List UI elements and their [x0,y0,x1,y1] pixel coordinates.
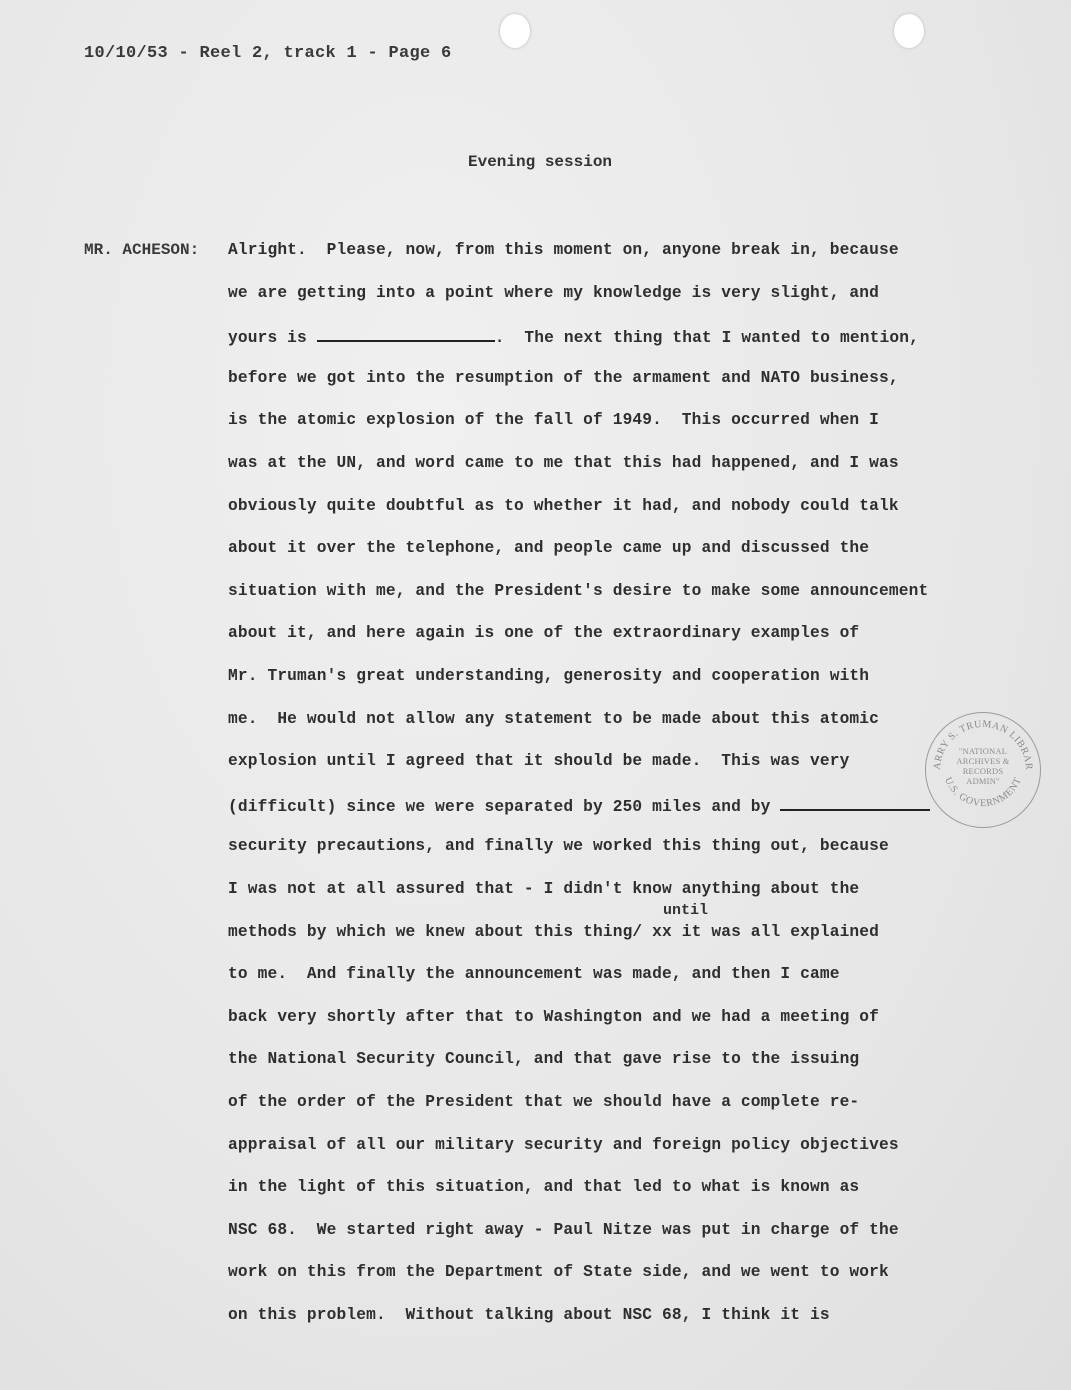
line-text: (difficult) since we were separated by 2… [228,798,780,816]
transcript-line: on this problem. Without talking about N… [228,1306,830,1324]
section-title: Evening session [468,153,612,171]
transcript-line: to me. And finally the announcement was … [228,965,840,983]
stamp-line: ARCHIVES & [926,756,1040,766]
transcript-line: explosion until I agreed that it should … [228,752,849,770]
transcript-line: was at the UN, and word came to me that … [228,454,899,472]
stamp-line: RECORDS [926,766,1040,776]
redaction-blank [780,795,930,811]
document-page: 10/10/53 - Reel 2, track 1 - Page 6 Even… [0,0,1071,1390]
transcript-line: (difficult) since we were separated by 2… [228,795,930,816]
transcript-line: we are getting into a point where my kno… [228,284,879,302]
transcript-line: me. He would not allow any statement to … [228,710,879,728]
transcript-line: NSC 68. We started right away - Paul Nit… [228,1221,899,1239]
line-text: yours is [228,329,317,347]
transcript-line: appraisal of all our military security a… [228,1136,899,1154]
redaction-blank [317,326,495,342]
stamp-center-text: "NATIONAL ARCHIVES & RECORDS ADMIN" [926,746,1040,786]
speaker-label: MR. ACHESON: [84,241,199,259]
transcript-line: situation with me, and the President's d… [228,582,928,600]
archive-stamp: HARRY S. TRUMAN LIBRARY U.S. GOVERNMENT … [925,712,1041,828]
transcript-line: yours is . The next thing that I wanted … [228,326,919,347]
stamp-line: ADMIN" [926,776,1040,786]
page-reference-header: 10/10/53 - Reel 2, track 1 - Page 6 [84,44,452,63]
transcript-line: in the light of this situation, and that… [228,1178,859,1196]
transcript-line: Alright. Please, now, from this moment o… [228,241,899,259]
line-text: . The next thing that I wanted to mentio… [495,329,919,347]
transcript-line: Mr. Truman's great understanding, genero… [228,667,869,685]
transcript-line: about it over the telephone, and people … [228,539,869,557]
transcript-line: work on this from the Department of Stat… [228,1263,889,1281]
transcript-line: I was not at all assured that - I didn't… [228,880,859,898]
punch-hole-left [500,14,530,48]
transcript-line: before we got into the resumption of the… [228,369,899,387]
transcript-line: the National Security Council, and that … [228,1050,859,1068]
transcript-line: methods by which we knew about this thin… [228,923,879,941]
transcript-line: about it, and here again is one of the e… [228,624,859,642]
transcript-line: security precautions, and finally we wor… [228,837,889,855]
transcript-line: obviously quite doubtful as to whether i… [228,497,899,515]
stamp-line: "NATIONAL [926,746,1040,756]
transcript-line: of the order of the President that we sh… [228,1093,859,1111]
transcript-line: back very shortly after that to Washingt… [228,1008,879,1026]
transcript-line: is the atomic explosion of the fall of 1… [228,411,879,429]
interlinear-insert: until [663,902,708,919]
punch-hole-right [894,14,924,48]
